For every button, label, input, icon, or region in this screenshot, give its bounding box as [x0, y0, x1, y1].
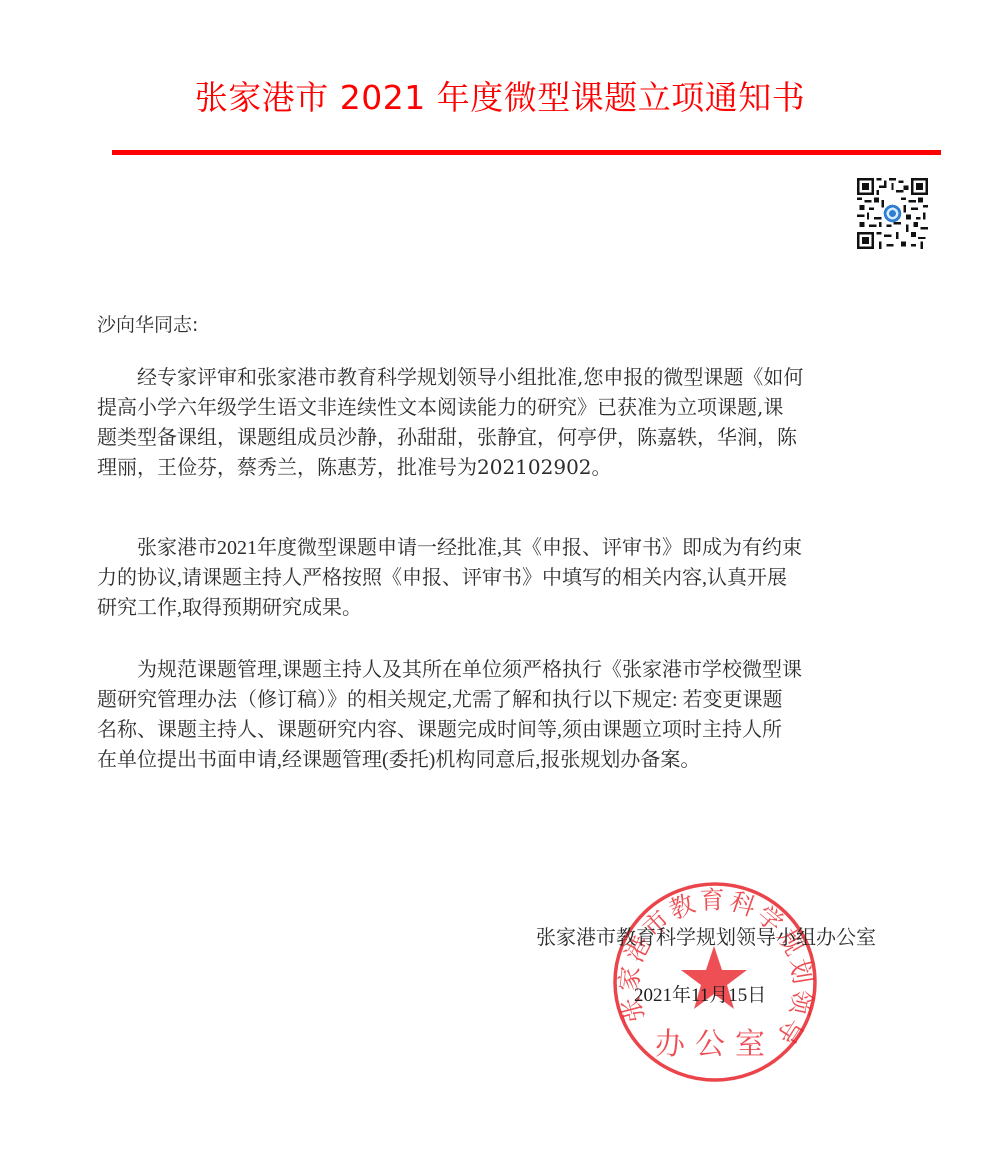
title-divider — [112, 150, 941, 155]
paragraph-line: 力的协议,请课题主持人严格按照《申报、评审书》中填写的相关内容,认真开展 — [97, 563, 917, 593]
paragraph-line: 题研究管理办法（修订稿）》的相关规定,尤需了解和执行以下规定: 若变更课题 — [97, 685, 917, 715]
signing-office: 张家港市教育科学规划领导小组办公室 — [536, 924, 876, 950]
paragraph-line: 为规范课题管理,课题主持人及其所在单位须严格执行《张家港市学校微型课 — [97, 655, 917, 685]
paragraph-line: 在单位提出书面申请,经课题管理(委托)机构同意后,报张规划办备案。 — [97, 745, 917, 775]
paragraph-line: 题类型备课组，课题组成员沙静，孙甜甜，张静宜，何亭伊，陈嘉轶，华涧，陈 — [97, 422, 917, 452]
paragraph-line: 研究工作,取得预期研究成果。 — [97, 593, 917, 623]
qr-code-icon — [857, 178, 928, 249]
paragraph-line: 张家港市2021年度微型课题申请一经批准,其《申报、评审书》即成为有约束 — [97, 533, 917, 563]
seal-bottom-text: 办公室 — [655, 1027, 775, 1062]
document-title: 张家港市 2021 年度微型课题立项通知书 — [0, 76, 1000, 120]
paragraph-line: 理丽，王俭芬，蔡秀兰，陈惠芳，批准号为202102902。 — [97, 452, 917, 482]
paragraph-approval: 经专家评审和张家港市教育科学规划领导小组批准,您申报的微型课题《如何 提高小学六… — [97, 362, 917, 482]
paragraph-agreement: 张家港市2021年度微型课题申请一经批准,其《申报、评审书》即成为有约束 力的协… — [97, 533, 917, 623]
paragraph-regulations: 为规范课题管理,课题主持人及其所在单位须严格执行《张家港市学校微型课 题研究管理… — [97, 655, 917, 775]
salutation: 沙向华同志: — [97, 312, 198, 338]
paragraph-line: 提高小学六年级学生语文非连续性文本阅读能力的研究》已获准为立项课题,课 — [97, 392, 917, 422]
issue-date: 2021年11月15日 — [634, 984, 766, 1008]
paragraph-line: 经专家评审和张家港市教育科学规划领导小组批准,您申报的微型课题《如何 — [97, 362, 917, 392]
official-seal: 张家港市教育科学规划领导小组 办公室 — [610, 878, 820, 1084]
paragraph-line: 名称、课题主持人、课题研究内容、课题完成时间等,须由课题立项时主持人所 — [97, 715, 917, 745]
